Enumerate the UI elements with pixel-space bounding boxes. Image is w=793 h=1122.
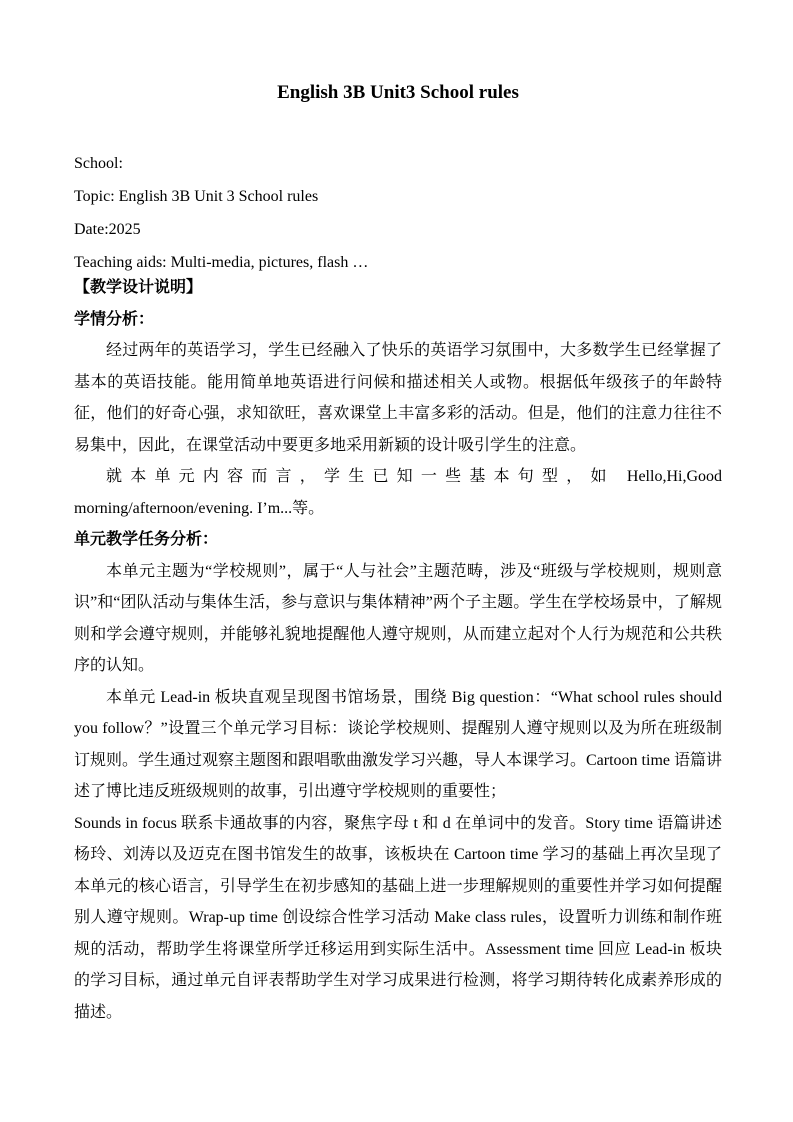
meta-date: Date:2025 [74, 213, 722, 246]
section-heading-unit-task-analysis: 单元教学任务分析： [74, 524, 722, 556]
paragraph-learner-analysis-1: 经过两年的英语学习，学生已经融入了快乐的英语学习氛围中，大多数学生已经掌握了基本… [74, 335, 722, 461]
document-page: English 3B Unit3 School rules School: To… [0, 0, 793, 1122]
document-body: 【教学设计说明】 学情分析： 经过两年的英语学习，学生已经融入了快乐的英语学习氛… [74, 272, 722, 1028]
meta-school: School: [74, 147, 722, 180]
paragraph-learner-analysis-2: 就本单元内容而言，学生已知一些基本句型，如 Hello,Hi,Good morn… [74, 461, 722, 524]
paragraph-unit-task-2: 本单元 Lead-in 板块直观呈现图书馆场景，围绕 Big question：… [74, 682, 722, 808]
paragraph-unit-task-1: 本单元主题为“学校规则”，属于“人与社会”主题范畴，涉及“班级与学校规则，规则意… [74, 556, 722, 682]
meta-block: School: Topic: English 3B Unit 3 School … [74, 147, 722, 279]
paragraph-unit-task-3: Sounds in focus 联系卡通故事的内容，聚焦字母 t 和 d 在单词… [74, 808, 722, 1029]
meta-topic: Topic: English 3B Unit 3 School rules [74, 180, 722, 213]
section-heading-design-notes: 【教学设计说明】 [74, 272, 722, 304]
document-title: English 3B Unit3 School rules [74, 82, 722, 104]
section-heading-learner-analysis: 学情分析： [74, 304, 722, 336]
